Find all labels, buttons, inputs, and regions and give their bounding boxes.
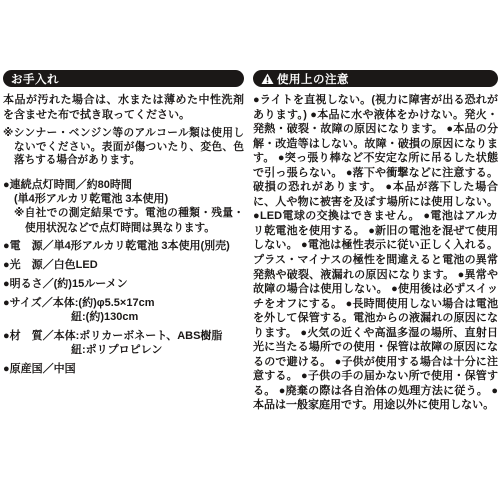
spec-material-body: ●材 質／本体:ポリカーボネート、ABS樹脂: [3, 329, 244, 343]
spec-continuous-lighting-time: ●連続点灯時間／約80時間: [3, 178, 244, 192]
product-instruction-sheet: お手入れ 本品が汚れた場合は、水または薄めた中性洗剤を含ませた布で拭き取ってくだ…: [0, 0, 500, 500]
warning-body-text: ●ライトを直視しない。(視力に障害が出る恐れがあります。) ●本品に水や液体をか…: [253, 93, 498, 413]
warning-section-title: 使用上の注意: [277, 71, 349, 87]
spec-list: ●連続点灯時間／約80時間 (単4形アルカリ乾電池 3本使用) ※自社での測定結…: [3, 178, 244, 377]
spec-size-body: ●サイズ／本体:(約)φ5.5×17cm: [3, 296, 244, 310]
spec-battery-used: (単4形アルカリ乾電池 3本使用): [14, 192, 244, 206]
spec-size-cord: 紐:(約)130cm: [71, 310, 244, 324]
care-note-text: ※シンナー・ベンジン等のアルコール類は使用しないでください。表面が傷ついたり、変…: [3, 127, 244, 168]
care-section-title: お手入れ: [11, 71, 59, 87]
warnings-column: 使用上の注意 ●ライトを直視しない。(視力に障害が出る恐れがあります。) ●本品…: [253, 70, 498, 500]
spec-brightness: ●明るさ／(約)15ルーメン: [3, 277, 244, 291]
spec-material-cord: 紐:ポリプロピレン: [71, 343, 244, 357]
warning-section-header: 使用上の注意: [253, 70, 498, 87]
spec-light-source: ●光 源／白色LED: [3, 258, 244, 272]
spec-measurement-note: ※自社での測定結果です。電池の種類・残量・使用状況などで点灯時間は異なります。: [14, 206, 244, 235]
care-and-specs-column: お手入れ 本品が汚れた場合は、水または薄めた中性洗剤を含ませた布で拭き取ってくだ…: [3, 70, 244, 500]
warning-triangle-icon: [261, 73, 274, 85]
care-instructions-text: 本品が汚れた場合は、水または薄めた中性洗剤を含ませた布で拭き取ってください。: [3, 93, 244, 123]
spec-country-of-origin: ●原産国／中国: [3, 362, 244, 376]
spec-power-source: ●電 源／単4形アルカリ乾電池 3本使用(別売): [3, 239, 244, 253]
care-section-header: お手入れ: [3, 70, 244, 87]
